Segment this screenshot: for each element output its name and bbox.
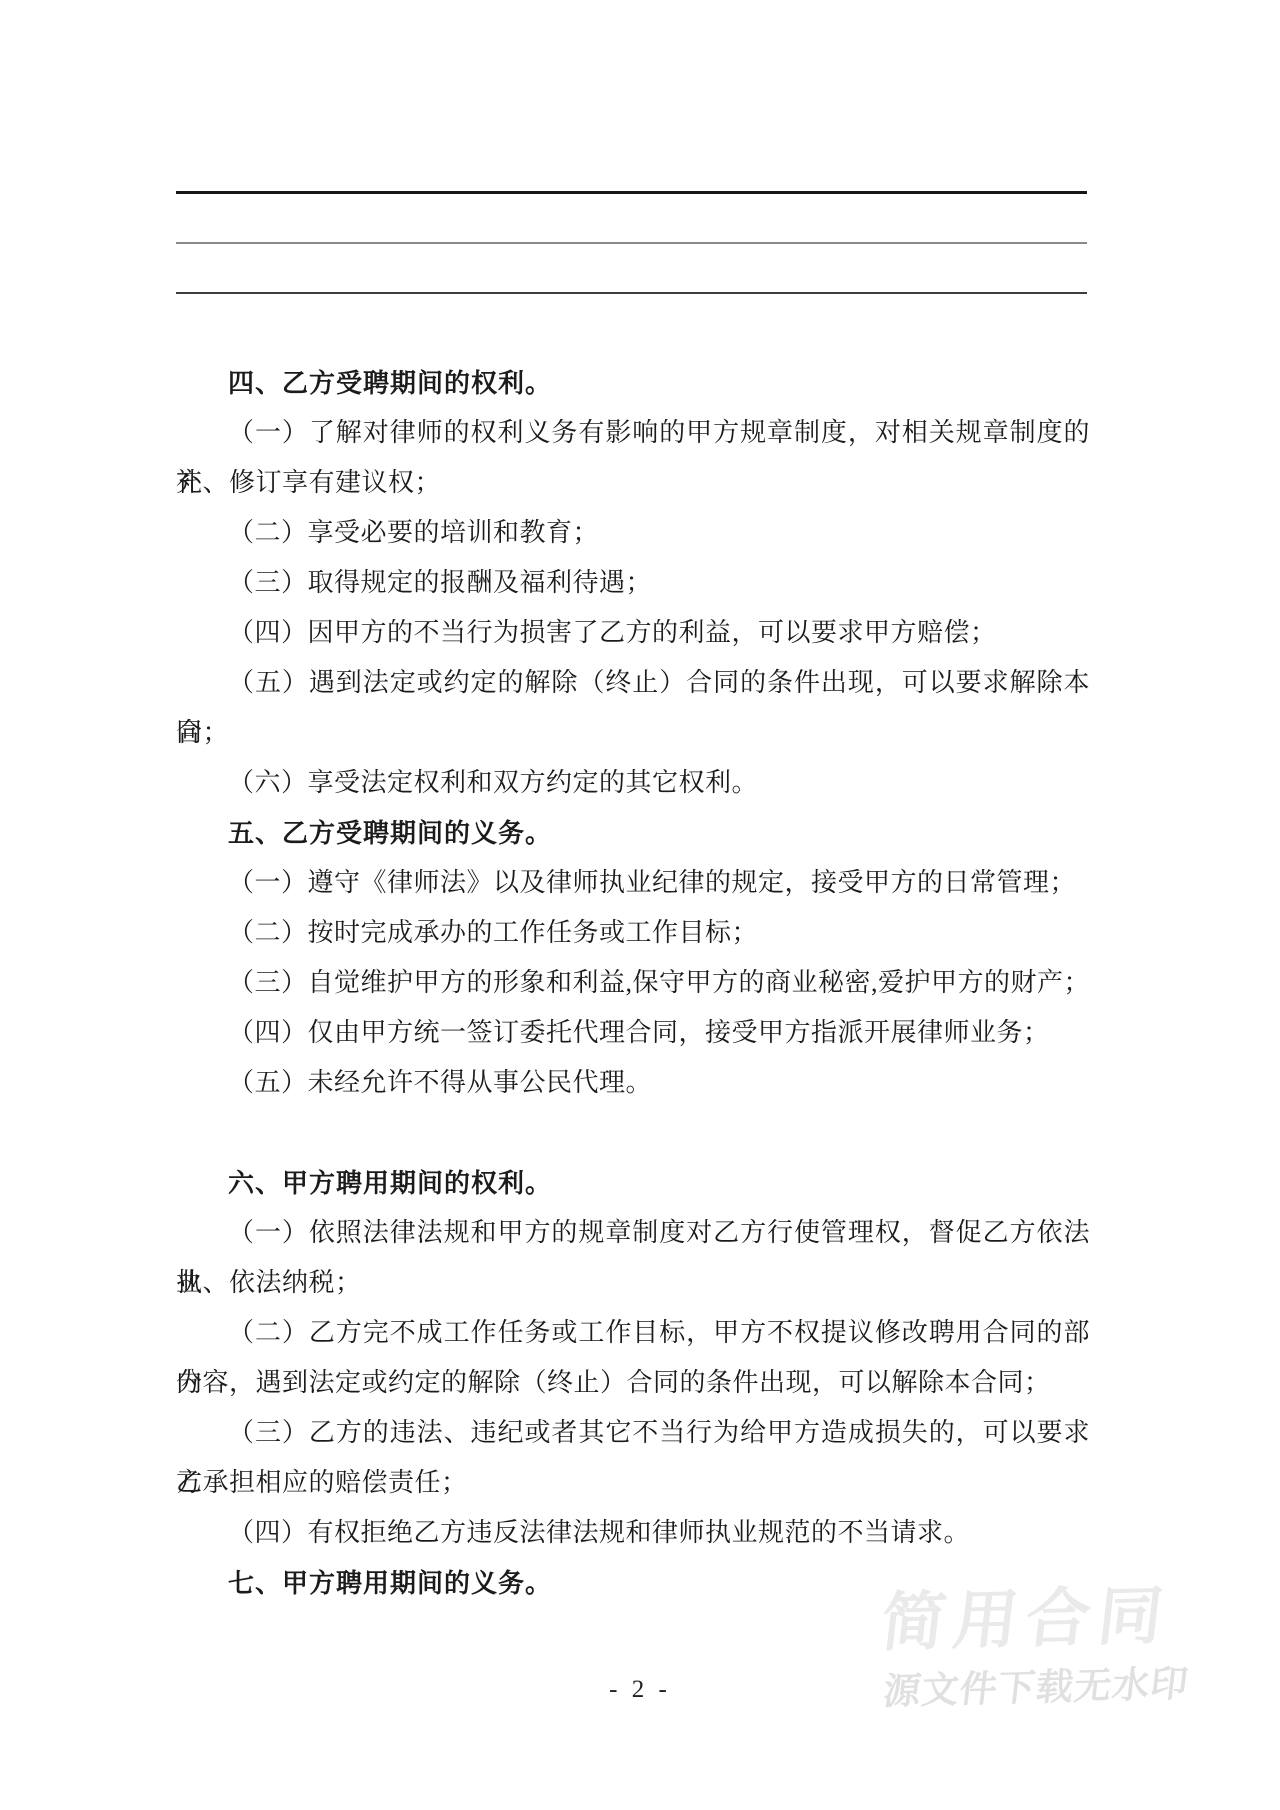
- section-5-heading: 五、乙方受聘期间的义务。: [176, 808, 1090, 858]
- page-number: - 2 -: [0, 1676, 1280, 1704]
- section-4-heading: 四、乙方受聘期间的权利。: [176, 358, 1090, 408]
- contract-line: 业、依法纳税；: [176, 1258, 1090, 1308]
- contract-line: 内容，遇到法定或约定的解除（终止）合同的条件出现，可以解除本合同；: [176, 1358, 1090, 1408]
- contract-line: （五）遇到法定或约定的解除（终止）合同的条件出现，可以要求解除本合: [176, 658, 1090, 708]
- contract-line: （三）自觉维护甲方的形象和利益,保守甲方的商业秘密,爱护甲方的财产；: [176, 958, 1090, 1008]
- contract-line: （一）了解对律师的权利义务有影响的甲方规章制度，对相关规章制度的补: [176, 408, 1090, 458]
- contract-line: （一）遵守《律师法》以及律师执业纪律的规定，接受甲方的日常管理；: [176, 858, 1090, 908]
- section-6-heading: 六、甲方聘用期间的权利。: [176, 1158, 1090, 1208]
- blank-underline-2: [176, 242, 1087, 244]
- document-page: 四、乙方受聘期间的权利。 （一）了解对律师的权利义务有影响的甲方规章制度，对相关…: [0, 0, 1280, 1810]
- blank-underline-3: [176, 292, 1087, 294]
- contract-line: （三）取得规定的报酬及福利待遇；: [176, 558, 1090, 608]
- blank-underline-1: [176, 191, 1087, 194]
- contract-body: 四、乙方受聘期间的权利。 （一）了解对律师的权利义务有影响的甲方规章制度，对相关…: [176, 358, 1090, 1608]
- contract-line: （四）仅由甲方统一签订委托代理合同，接受甲方指派开展律师业务；: [176, 1008, 1090, 1058]
- contract-line: （一）依照法律法规和甲方的规章制度对乙方行使管理权，督促乙方依法执: [176, 1208, 1090, 1258]
- contract-line: 方承担相应的赔偿责任；: [176, 1458, 1090, 1508]
- contract-line: （三）乙方的违法、违纪或者其它不当行为给甲方造成损失的，可以要求乙: [176, 1408, 1090, 1458]
- contract-line: （四）有权拒绝乙方违反法律法规和律师执业规范的不当请求。: [176, 1508, 1090, 1558]
- contract-line: 充、修订享有建议权；: [176, 458, 1090, 508]
- blank-line: [176, 1108, 1090, 1158]
- contract-line: （五）未经允许不得从事公民代理。: [176, 1058, 1090, 1108]
- contract-line: （二）乙方完不成工作任务或工作目标，甲方不权提议修改聘用合同的部分: [176, 1308, 1090, 1358]
- contract-line: （二）按时完成承办的工作任务或工作目标；: [176, 908, 1090, 958]
- contract-line: （四）因甲方的不当行为损害了乙方的利益，可以要求甲方赔偿；: [176, 608, 1090, 658]
- contract-line: （六）享受法定权利和双方约定的其它权利。: [176, 758, 1090, 808]
- contract-line: 同；: [176, 708, 1090, 758]
- contract-line: （二）享受必要的培训和教育；: [176, 508, 1090, 558]
- watermark-brand-text: 简用合同: [878, 1582, 1175, 1657]
